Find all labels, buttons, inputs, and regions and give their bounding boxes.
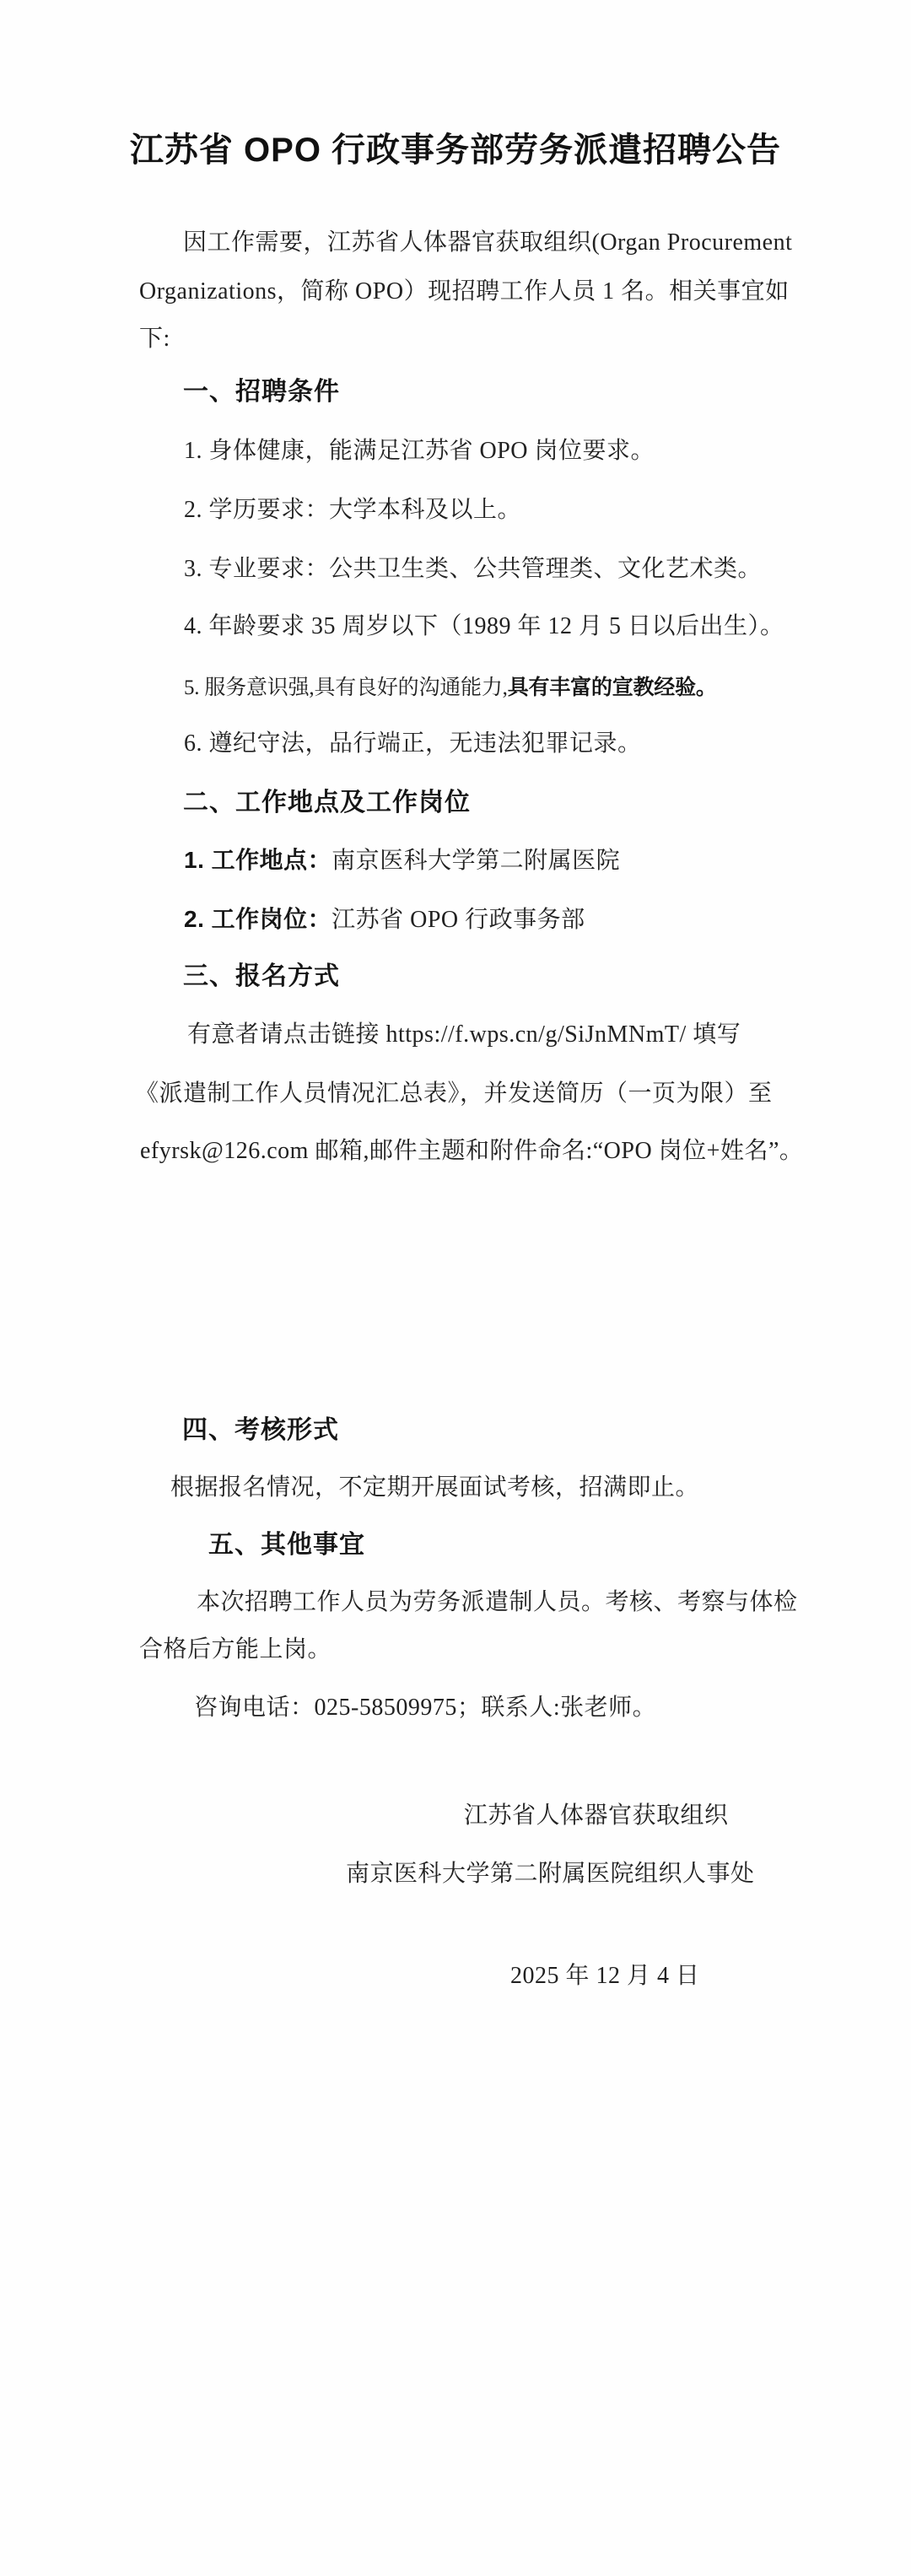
announcement-document: 江苏省 OPO 行政事务部劳务派遣招聘公告 因工作需要，江苏省人体器官获取组织(…: [0, 0, 911, 2576]
section2-item-2-value: 江苏省 OPO 行政事务部: [332, 907, 585, 933]
section1-item-4: 4. 年龄要求 35 周岁以下（1989 年 12 月 5 日以后出生）。: [184, 610, 784, 644]
contact-line: 咨询电话：025-58509975；联系人:张老师。: [194, 1691, 656, 1725]
section5-heading: 五、其他事宜: [208, 1528, 365, 1562]
section3-line-2: 《派遣制工作人员情况汇总表》，并发送简历（一页为限）至: [135, 1077, 773, 1111]
signature-org-1: 江苏省人体器官获取组织: [464, 1799, 729, 1833]
section5-line-1: 本次招聘工作人员为劳务派遣制人员。考核、考察与体检: [197, 1586, 798, 1619]
section2-item-1-label: 1. 工作地点：: [184, 847, 332, 873]
section1-item-5-normal: 5. 服务意识强,具有良好的沟通能力,: [184, 676, 508, 699]
section3-line-3: efyrsk@126.com 邮箱,邮件主题和附件命名:“OPO 岗位+姓名”。: [140, 1134, 803, 1168]
section1-item-1: 1. 身体健康，能满足江苏省 OPO 岗位要求。: [184, 434, 655, 468]
section3-heading: 三、报名方式: [183, 960, 340, 994]
section2-heading: 二、工作地点及工作岗位: [183, 786, 471, 820]
section5-line-2: 合格后方能上岗。: [139, 1633, 332, 1667]
section2-item-1: 1. 工作地点：南京医科大学第二附属医院: [184, 843, 620, 878]
section1-item-5: 5. 服务意识强,具有良好的沟通能力,具有丰富的宣教经验。: [184, 671, 717, 705]
section1-item-3: 3. 专业要求：公共卫生类、公共管理类、文化艺术类。: [184, 552, 762, 586]
section3-line-1: 有意者请点击链接 https://f.wps.cn/g/SiJnMNmT/ 填写: [187, 1018, 741, 1052]
intro-line-3: 下:: [139, 322, 170, 356]
section2-item-2: 2. 工作岗位：江苏省 OPO 行政事务部: [184, 903, 585, 937]
section4-line-1: 根据报名情况，不定期开展面试考核，招满即止。: [170, 1471, 699, 1505]
section4-heading: 四、考核形式: [182, 1414, 339, 1447]
section2-item-2-label: 2. 工作岗位：: [184, 906, 332, 932]
signature-date: 2025 年 12 月 4 日: [510, 1959, 700, 1993]
section2-item-1-value: 南京医科大学第二附属医院: [332, 848, 620, 874]
section1-heading: 一、招聘条件: [183, 375, 340, 409]
signature-org-2: 南京医科大学第二附属医院组织人事处: [346, 1857, 755, 1891]
document-title: 江苏省 OPO 行政事务部劳务派遣招聘公告: [0, 128, 911, 172]
intro-line-1: 因工作需要，江苏省人体器官获取组织(Organ Procurement: [183, 226, 792, 260]
intro-line-2: Organizations，简称 OPO）现招聘工作人员 1 名。相关事宜如: [139, 275, 790, 309]
section1-item-5-bold: 具有丰富的宣教经验。: [508, 676, 717, 699]
section1-item-2: 2. 学历要求：大学本科及以上。: [184, 493, 521, 527]
section1-item-6: 6. 遵纪守法，品行端正，无违法犯罪记录。: [184, 727, 642, 761]
